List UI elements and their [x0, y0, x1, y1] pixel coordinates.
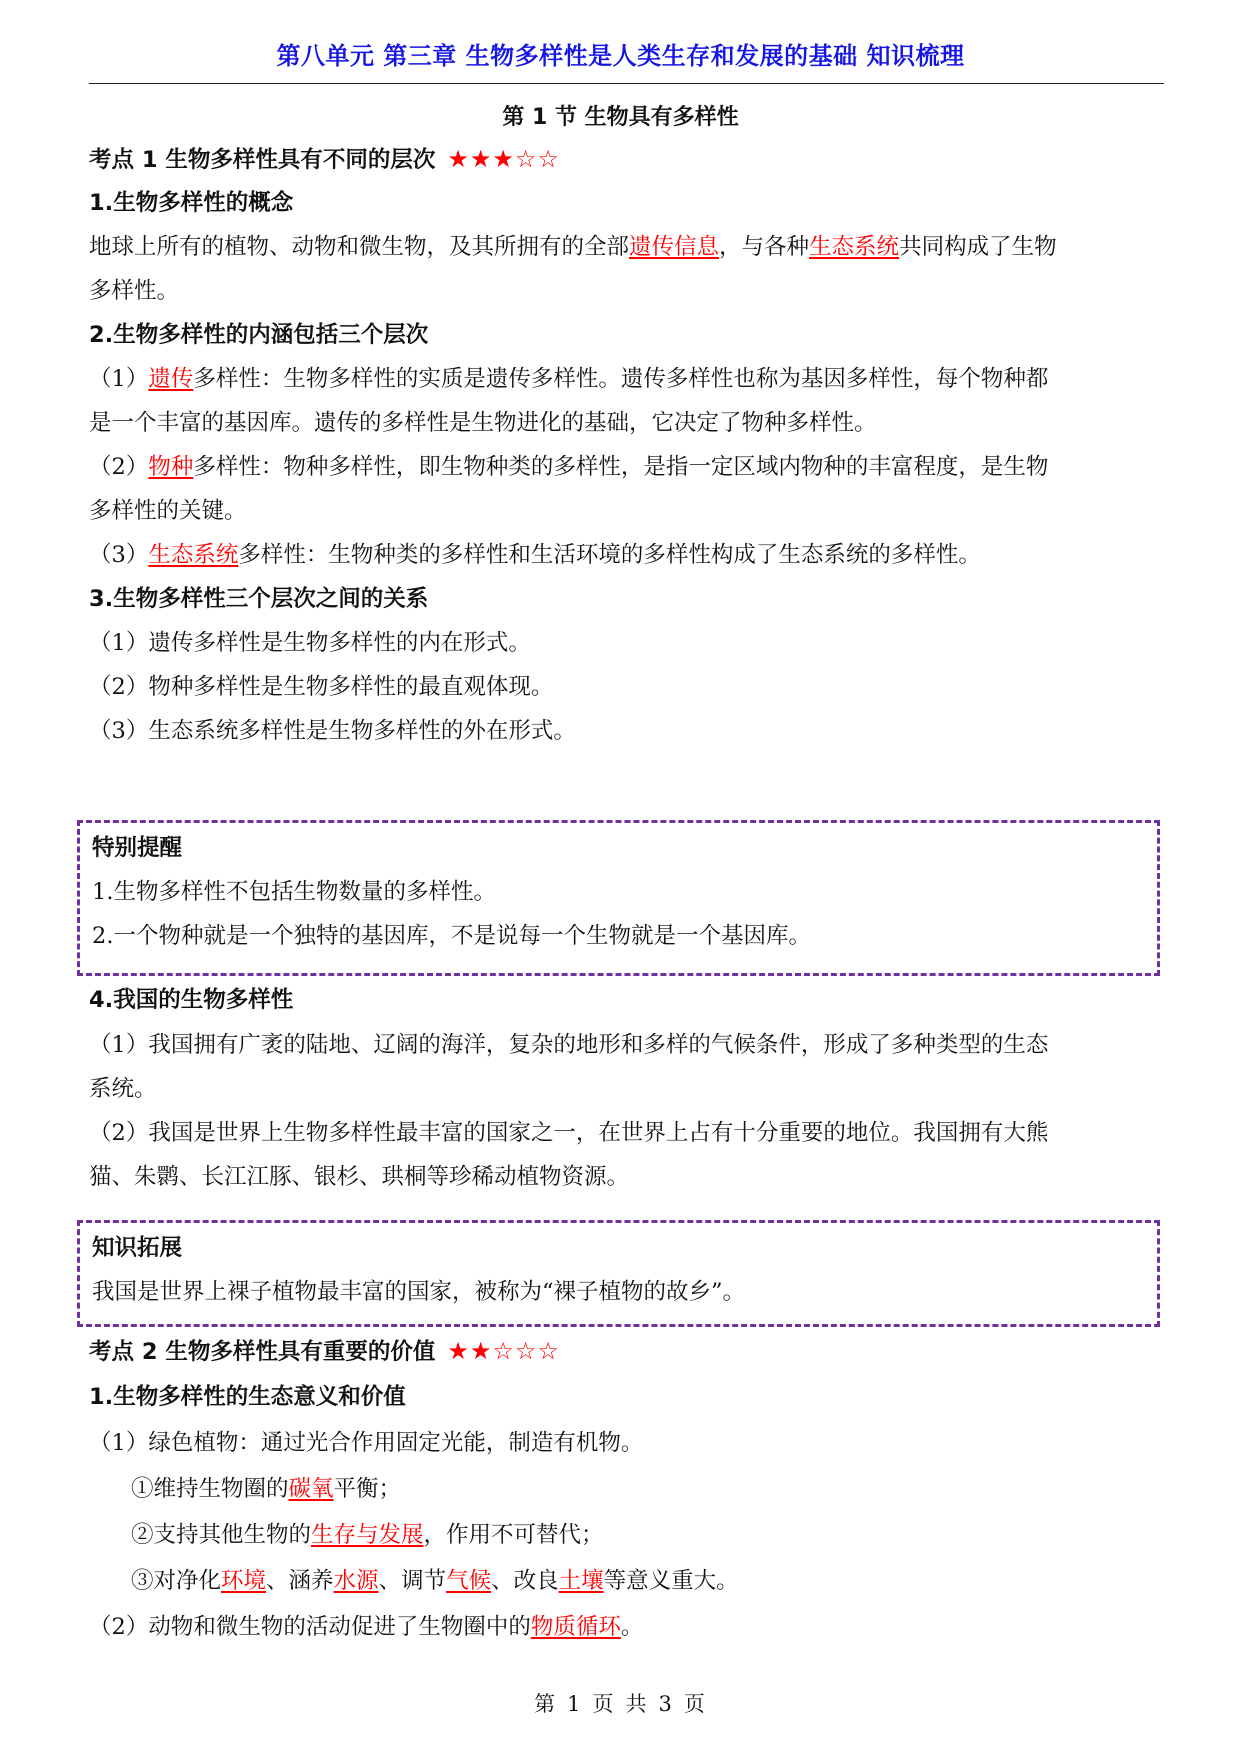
highlight-term: 碳氧 [289, 1476, 334, 1502]
difficulty-stars-icon: ★★☆☆☆ [447, 1337, 560, 1365]
section-title: 第 1 节 生物具有多样性 [0, 100, 1241, 131]
highlight-term: 遗传 [148, 366, 193, 392]
highlight-term: 生态系统 [148, 542, 238, 568]
highlight-term: 土壤 [559, 1568, 604, 1594]
kp2-heading: 考点 2 生物多样性具有重要的价值★★☆☆☆ [89, 1336, 1164, 1367]
list-item-cont: 多样性的关键。 [89, 496, 1164, 526]
highlight-term: 气候 [446, 1568, 491, 1594]
highlight-term: 水源 [334, 1568, 379, 1594]
note-line: 1.生物多样性不包括生物数量的多样性。 [92, 877, 1167, 907]
highlight-term: 物种 [148, 454, 193, 480]
list-item: （2）动物和微生物的活动促进了生物圈中的物质循环。 [89, 1612, 1164, 1642]
list-item-cont: 系统。 [89, 1074, 1164, 1104]
highlight-term: 物质循环 [531, 1614, 621, 1640]
sub-item: ②支持其他生物的生存与发展，作用不可替代； [131, 1520, 1206, 1550]
list-item-cont: 是一个丰富的基因库。遗传的多样性是生物进化的基础，它决定了物种多样性。 [89, 408, 1164, 438]
list-item: （3）生态系统多样性是生物多样性的外在形式。 [89, 716, 1164, 746]
sub-item: ③对净化环境、涵养水源、调节气候、改良土壤等意义重大。 [131, 1566, 1206, 1596]
page-title: 第八单元 第三章 生物多样性是人类生存和发展的基础 知识梳理 [0, 36, 1241, 71]
kp1-heading-2: 2.生物多样性的内涵包括三个层次 [89, 320, 1164, 350]
list-item-cont: 猫、朱鹮、长江江豚、银杉、珙桐等珍稀动植物资源。 [89, 1162, 1164, 1192]
extension-box-title: 知识拓展 [92, 1233, 1167, 1263]
kp1-paragraph-1: 地球上所有的植物、动物和微生物，及其所拥有的全部遗传信息，与各种生态系统共同构成… [89, 232, 1164, 262]
kp1-heading-4: 4.我国的生物多样性 [89, 985, 1164, 1015]
list-item: （2）物种多样性：物种多样性，即生物种类的多样性，是指一定区域内物种的丰富程度，… [89, 452, 1164, 482]
total-pages: 3 [659, 1692, 674, 1716]
kp2-heading-1: 1.生物多样性的生态意义和价值 [89, 1382, 1164, 1412]
list-item: （1）我国拥有广袤的陆地、辽阔的海洋，复杂的地形和多样的气候条件，形成了多种类型… [89, 1030, 1164, 1060]
note-box-title: 特别提醒 [92, 833, 1167, 863]
list-item: （1）遗传多样性：生物多样性的实质是遗传多样性。遗传多样性也称为基因多样性，每个… [89, 364, 1164, 394]
difficulty-stars-icon: ★★★☆☆ [447, 145, 560, 173]
highlight-term: 生存与发展 [311, 1522, 424, 1548]
extension-box: 知识拓展 我国是世界上裸子植物最丰富的国家，被称为“裸子植物的故乡”。 [77, 1220, 1160, 1327]
list-item: （1）绿色植物：通过光合作用固定光能，制造有机物。 [89, 1428, 1164, 1458]
note-box: 特别提醒 1.生物多样性不包括生物数量的多样性。 2.一个物种就是一个独特的基因… [77, 820, 1160, 976]
kp1-label: 考点 1 生物多样性具有不同的层次 [89, 147, 435, 173]
kp2-label: 考点 2 生物多样性具有重要的价值 [89, 1339, 435, 1365]
kp1-heading: 考点 1 生物多样性具有不同的层次★★★☆☆ [89, 144, 1164, 175]
title-divider [89, 83, 1164, 84]
highlight-term: 生态系统 [809, 234, 899, 260]
highlight-term: 遗传信息 [629, 234, 719, 260]
sub-item: ①维持生物圈的碳氧平衡； [131, 1474, 1206, 1504]
kp1-heading-3: 3.生物多样性三个层次之间的关系 [89, 584, 1164, 614]
page-footer: 第1页共3页 [0, 1688, 1241, 1718]
kp1-paragraph-1-cont: 多样性。 [89, 276, 1164, 306]
list-item: （1）遗传多样性是生物多样性的内在形式。 [89, 628, 1164, 658]
page-number: 1 [567, 1692, 582, 1716]
highlight-term: 环境 [221, 1568, 266, 1594]
list-item: （3）生态系统多样性：生物种类的多样性和生活环境的多样性构成了生态系统的多样性。 [89, 540, 1164, 570]
kp1-heading-1: 1.生物多样性的概念 [89, 188, 1164, 218]
list-item: （2）我国是世界上生物多样性最丰富的国家之一，在世界上占有十分重要的地位。我国拥… [89, 1118, 1164, 1148]
extension-line: 我国是世界上裸子植物最丰富的国家，被称为“裸子植物的故乡”。 [92, 1277, 1167, 1307]
note-line: 2.一个物种就是一个独特的基因库，不是说每一个生物就是一个基因库。 [92, 921, 1167, 951]
list-item: （2）物种多样性是生物多样性的最直观体现。 [89, 672, 1164, 702]
